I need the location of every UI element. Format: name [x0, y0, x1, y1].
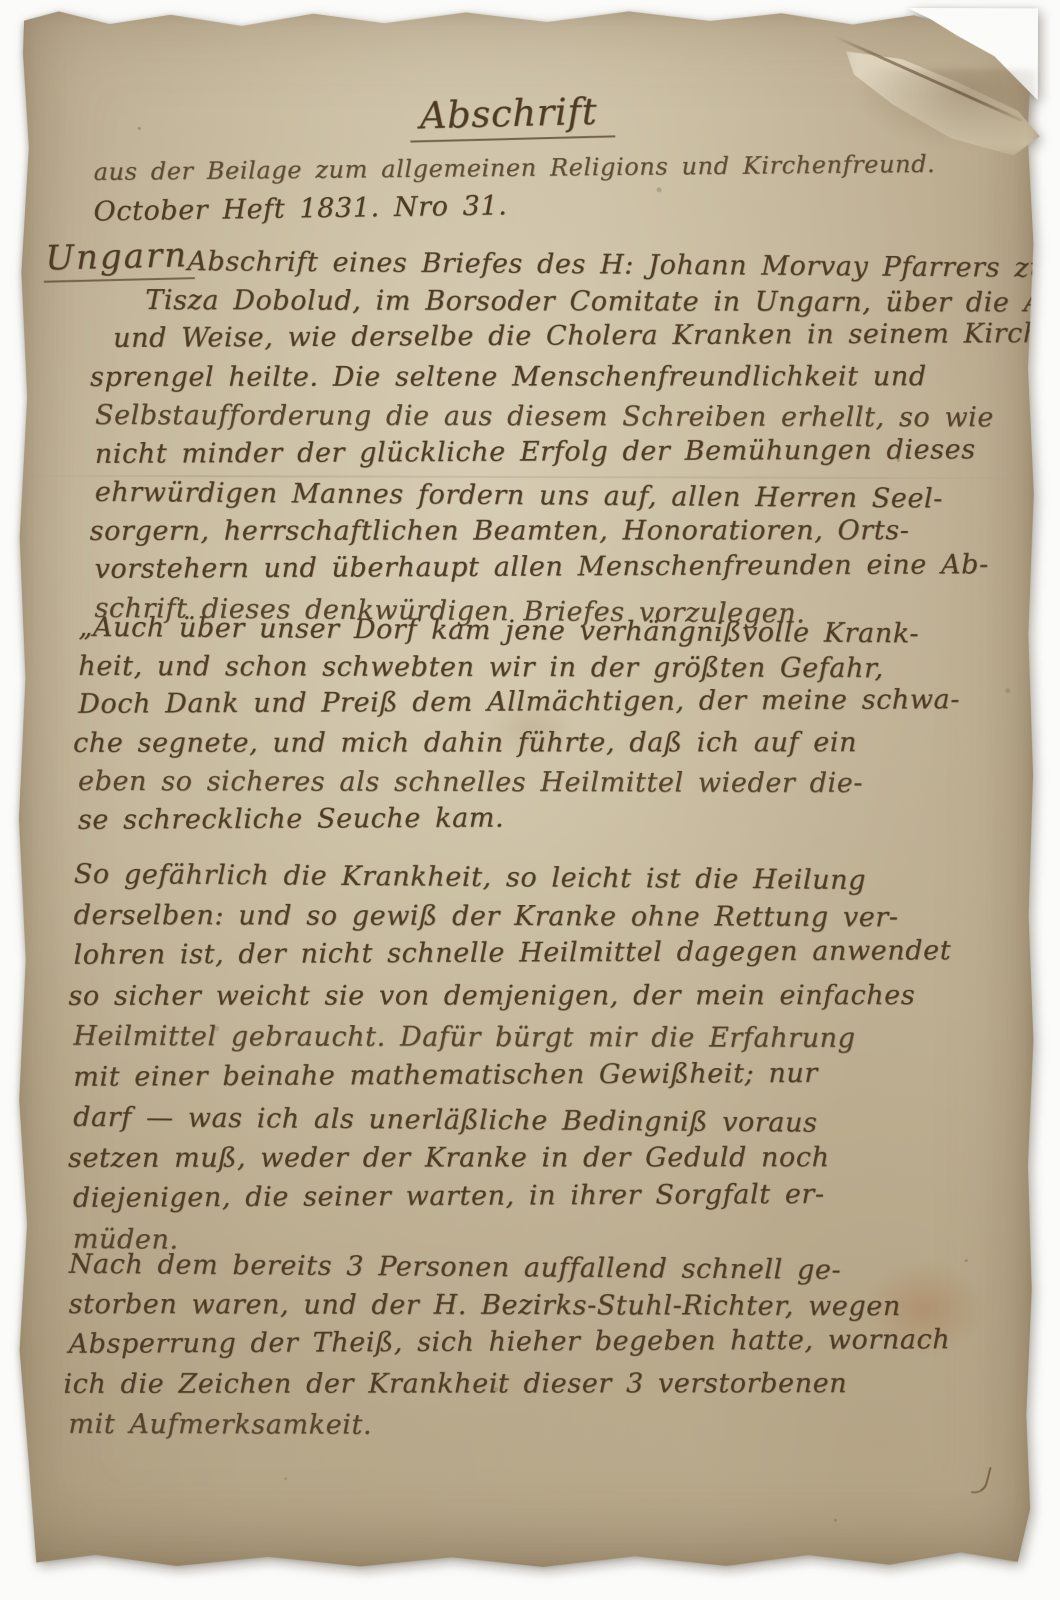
paragraph-quote-1: „Auch über unser Dorf kam jene verhängni…: [78, 609, 960, 842]
manuscript-line: nicht minder der glückliche Erfolg der B…: [95, 430, 1060, 474]
manuscript-line: Absperrung der Theiß, sich hieher begebe…: [68, 1320, 950, 1365]
manuscript-line: mit einer beinahe mathematischen Gewißhe…: [73, 1053, 951, 1098]
manuscript-line: Nach dem bereits 3 Personen auffallend s…: [69, 1245, 951, 1292]
paragraph-quote-2: So gefährlich die Krankheit, so leicht i…: [73, 855, 952, 1262]
issue-line: October Heft 1831. Nro 31.: [93, 190, 507, 227]
manuscript-line: Abschrift eines Briefes des H: Johann Mo…: [187, 243, 1060, 289]
manuscript-line: se schreckliche Seuche kam.: [78, 797, 960, 840]
manuscript-line: lohren ist, der nicht schnelle Heilmitte…: [73, 931, 951, 976]
manuscript-line: diejenigen, die seiner warten, in ihrer …: [73, 1174, 951, 1219]
manuscript-line: sorgern, herrschaftlichen Beamten, Honor…: [90, 512, 1060, 551]
manuscript-line: und Weise, wie derselbe die Cholera Kran…: [113, 315, 1060, 359]
manuscript-line: so sicher weicht sie von demjenigen, der…: [68, 976, 946, 1017]
manuscript-line: vorstehern und überhaupt allen Menschenf…: [94, 546, 1060, 590]
manuscript-line: setzen muß, weder der Kranke in der Gedu…: [68, 1138, 946, 1179]
paragraph-quote-3: Nach dem bereits 3 Personen auffallend s…: [68, 1245, 950, 1447]
manuscript-line: che segnete, und mich dahin führte, daß …: [73, 724, 955, 763]
paragraph-intro: Abschrift eines Briefes des H: Johann Mo…: [88, 243, 1060, 631]
manuscript-photo: Abschrift aus der Beilage zum allgemeine…: [0, 0, 1060, 1600]
manuscript-line: „Auch über unser Dorf kam jene verhängni…: [78, 609, 960, 654]
source-line: aus der Beilage zum allgemeinen Religion…: [94, 150, 936, 186]
paper-sheet: Abschrift aus der Beilage zum allgemeine…: [14, 7, 1036, 1572]
manuscript-page: Abschrift aus der Beilage zum allgemeine…: [14, 7, 1036, 1572]
manuscript-line: mit Aufmerksamkeit.: [68, 1405, 950, 1447]
page-title: Abschrift: [409, 89, 616, 142]
manuscript-line: ich die Zeichen der Krankheit dieser 3 v…: [63, 1364, 945, 1405]
torn-corner-shadow: [856, 69, 1036, 149]
foxing-specks: [138, 127, 141, 130]
manuscript-line: Doch Dank und Preiß dem Allmächtigen, de…: [78, 681, 960, 724]
manuscript-line: sprengel heilte. Die seltene Menschenfre…: [90, 358, 1060, 397]
page-title-text: Abschrift: [409, 89, 616, 142]
manuscript-line: So gefährlich die Krankheit, so leicht i…: [74, 855, 952, 902]
ink-squiggle: [971, 1464, 992, 1497]
